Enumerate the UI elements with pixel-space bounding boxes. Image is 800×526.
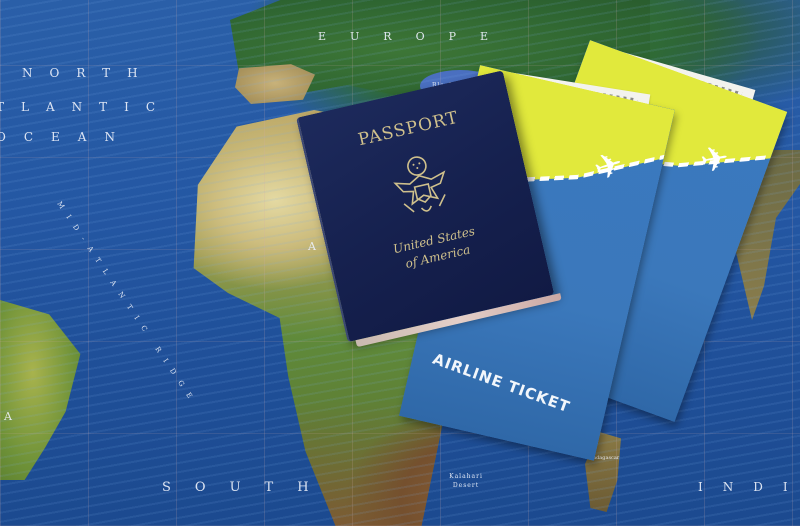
map-label-america-letter: A [4, 410, 12, 423]
passport-country: United States of America [330, 209, 542, 289]
map-label-europe: EUROPE [318, 30, 512, 43]
map-label-kalahari: Kalahari Desert [446, 472, 486, 490]
map-label-africa-letter: A [308, 240, 316, 253]
eagle-seal-icon [382, 145, 462, 228]
travel-photo: NORTH TLANTIC OCEAN EUROPE SOUTH INDI MI… [0, 0, 800, 526]
passport-title: PASSPORT [304, 96, 513, 163]
south-america-landmass [0, 300, 82, 480]
map-label-south: SOUTH [162, 480, 333, 495]
airplane-icon: ✈ [697, 138, 732, 182]
map-label-north: NORTH [22, 66, 155, 80]
map-label-ridge: MID-ATLANTIC RIDGE [55, 200, 198, 407]
map-label-ocean: OCEAN [0, 130, 133, 144]
map-label-atlantic: TLANTIC [0, 100, 172, 114]
map-label-indian: INDI [698, 480, 800, 494]
